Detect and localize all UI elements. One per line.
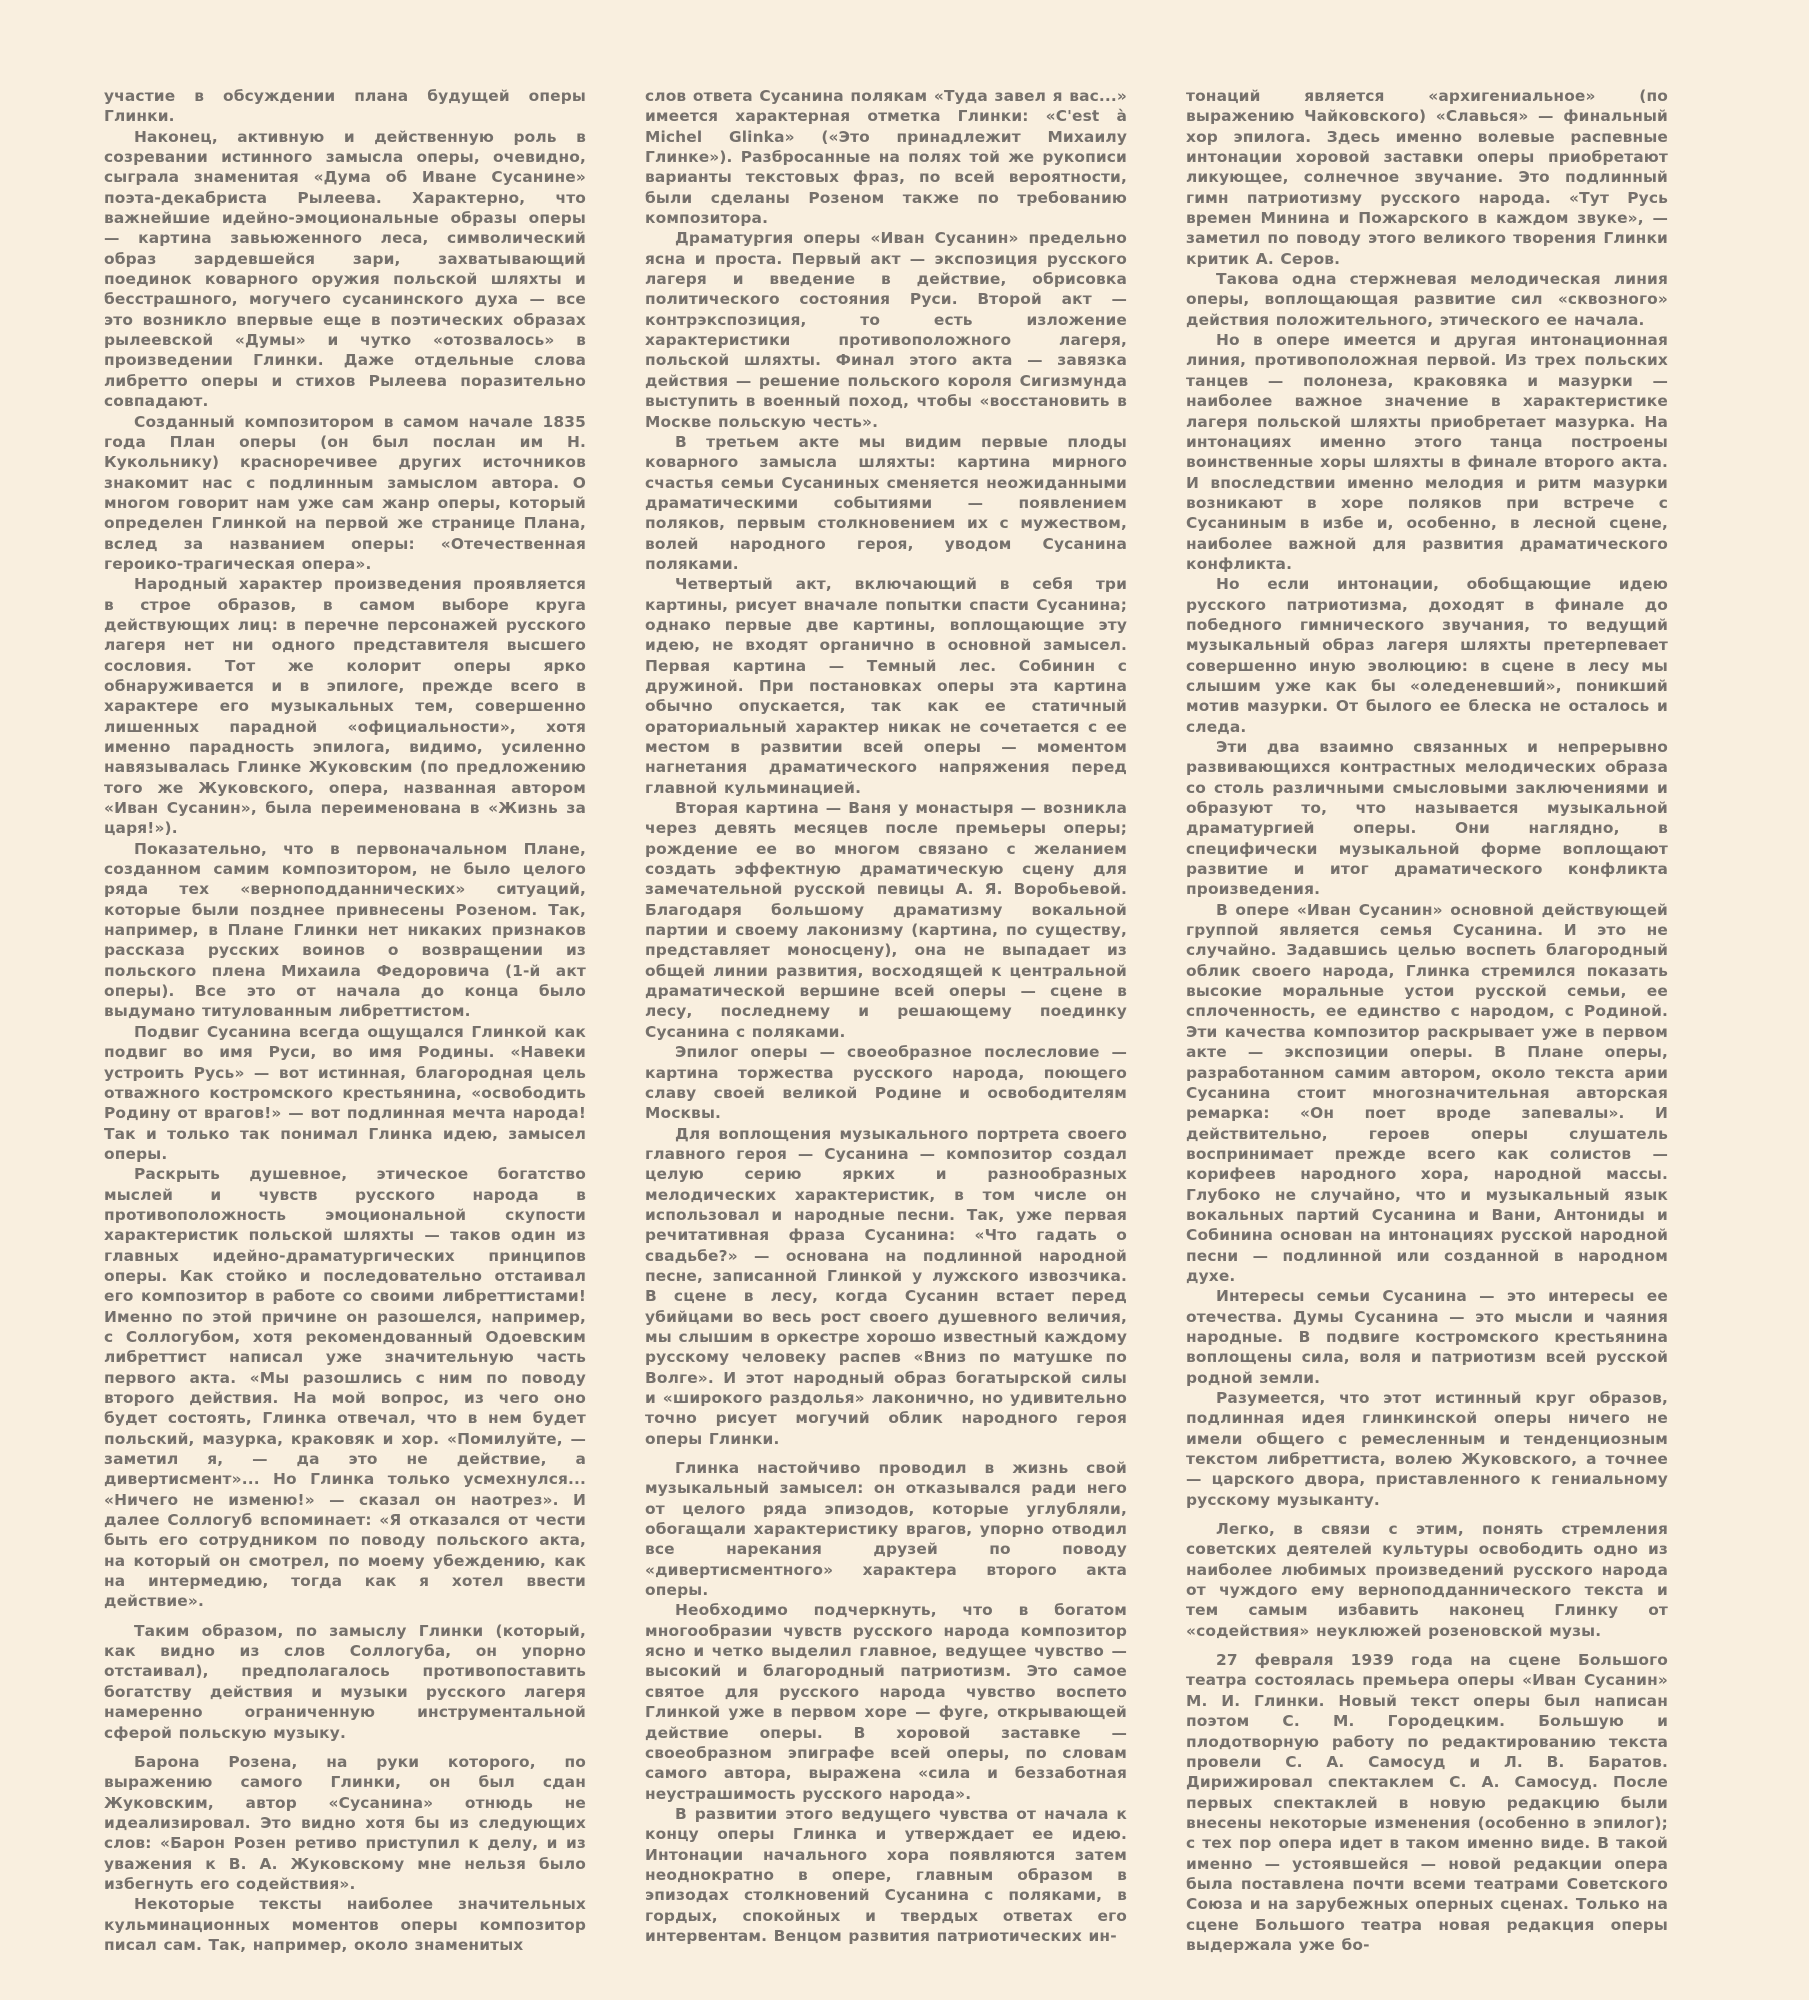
document-page: участие в обсуждении плана будущей оперы… bbox=[0, 0, 1809, 2000]
paragraph: Но в опере имеется и другая интонационна… bbox=[1186, 330, 1668, 574]
text-column-3: тонаций является «архигениальное» (по вы… bbox=[1186, 86, 1668, 1955]
paragraph: Созданный композитором в самом начале 18… bbox=[104, 412, 586, 575]
paragraph: Барона Розена, на руки которого, по выра… bbox=[104, 1752, 586, 1894]
paragraph: Необходимо подчеркнуть, что в богатом мн… bbox=[645, 1600, 1127, 1803]
paragraph: Разумеется, что этот истинный круг образ… bbox=[1186, 1388, 1668, 1510]
text-column-1: участие в обсуждении плана будущей оперы… bbox=[104, 86, 586, 1955]
paragraph: Вторая картина — Ваня у монастыря — возн… bbox=[645, 798, 1127, 1042]
paragraph: Глинка настойчиво проводил в жизнь свой … bbox=[645, 1458, 1127, 1600]
paragraph: Легко, в связи с этим, понять стремления… bbox=[1186, 1519, 1668, 1641]
paragraph: Эти два взаимно связанных и непрерывно р… bbox=[1186, 737, 1668, 900]
paragraph: Народный характер произведения проявляет… bbox=[104, 574, 586, 838]
paragraph: В развитии этого ведущего чувства от нач… bbox=[645, 1804, 1127, 1946]
paragraph: В третьем акте мы видим первые плоды ков… bbox=[645, 432, 1127, 574]
paragraph: Наконец, активную и действенную роль в с… bbox=[104, 127, 586, 412]
paragraph: Драматургия оперы «Иван Сусанин» предель… bbox=[645, 228, 1127, 431]
paragraph: Интересы семьи Сусанина — это интересы е… bbox=[1186, 1286, 1668, 1388]
paragraph: Некоторые тексты наиболее значительных к… bbox=[104, 1894, 586, 1955]
paragraph: Показательно, что в первоначальном Плане… bbox=[104, 839, 586, 1022]
paragraph: слов ответа Сусанина полякам «Туда завел… bbox=[645, 86, 1127, 228]
paragraph: Но если интонации, обобщающие идею русск… bbox=[1186, 574, 1668, 737]
paragraph: Эпилог оперы — своеобразное послесловие … bbox=[645, 1042, 1127, 1123]
paragraph: участие в обсуждении плана будущей оперы… bbox=[104, 86, 586, 127]
paragraph: 27 февраля 1939 года на сцене Большого т… bbox=[1186, 1650, 1668, 1955]
paragraph: Подвиг Сусанина всегда ощущался Глинкой … bbox=[104, 1022, 586, 1164]
paragraph: Четвертый акт, включающий в себя три кар… bbox=[645, 574, 1127, 798]
paragraph: Раскрыть душевное, этическое богатство м… bbox=[104, 1164, 586, 1612]
paragraph: В опере «Иван Сусанин» основной действую… bbox=[1186, 900, 1668, 1287]
paragraph: Таким образом, по замыслу Глинки (которы… bbox=[104, 1621, 586, 1743]
paragraph: Для воплощения музыкального портрета сво… bbox=[645, 1124, 1127, 1450]
text-column-2: слов ответа Сусанина полякам «Туда завел… bbox=[645, 86, 1127, 1946]
paragraph: Такова одна стержневая мелодическая лини… bbox=[1186, 269, 1668, 330]
paragraph: тонаций является «архигениальное» (по вы… bbox=[1186, 86, 1668, 269]
